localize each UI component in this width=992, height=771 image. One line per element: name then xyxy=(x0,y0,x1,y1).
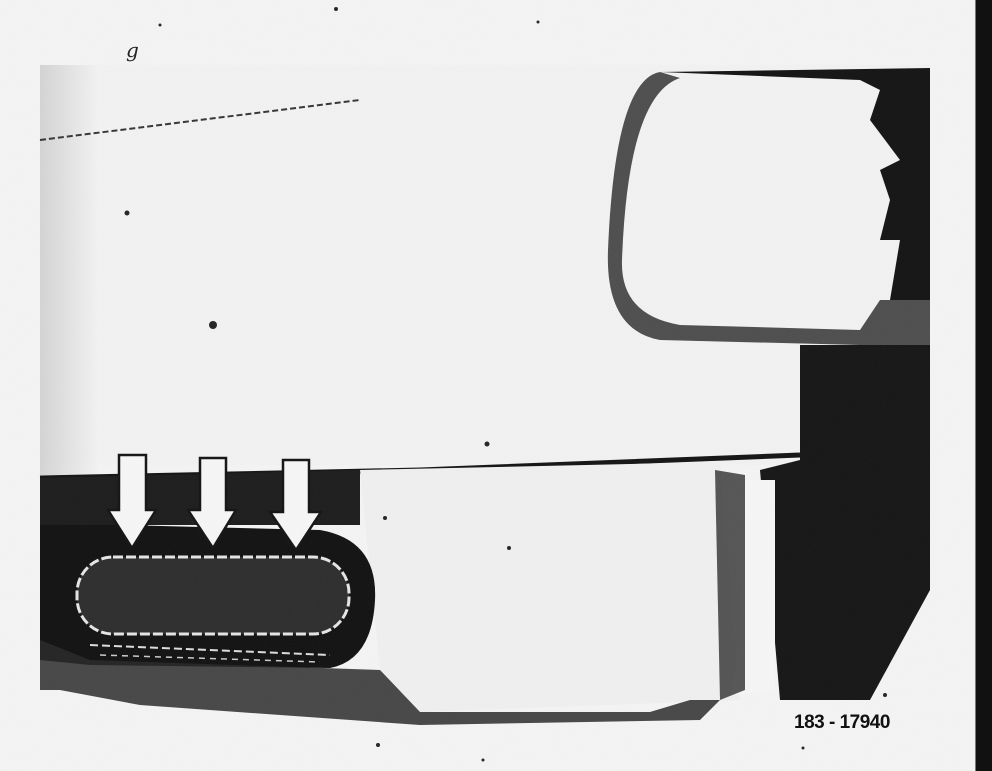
page-edge-bar xyxy=(975,0,992,771)
stray-mark: g xyxy=(126,38,139,62)
figure-caption-id: 183 - 17940 xyxy=(794,712,890,734)
bumper-photo xyxy=(0,0,976,771)
document-page: g 183 - 17940 xyxy=(0,0,976,771)
